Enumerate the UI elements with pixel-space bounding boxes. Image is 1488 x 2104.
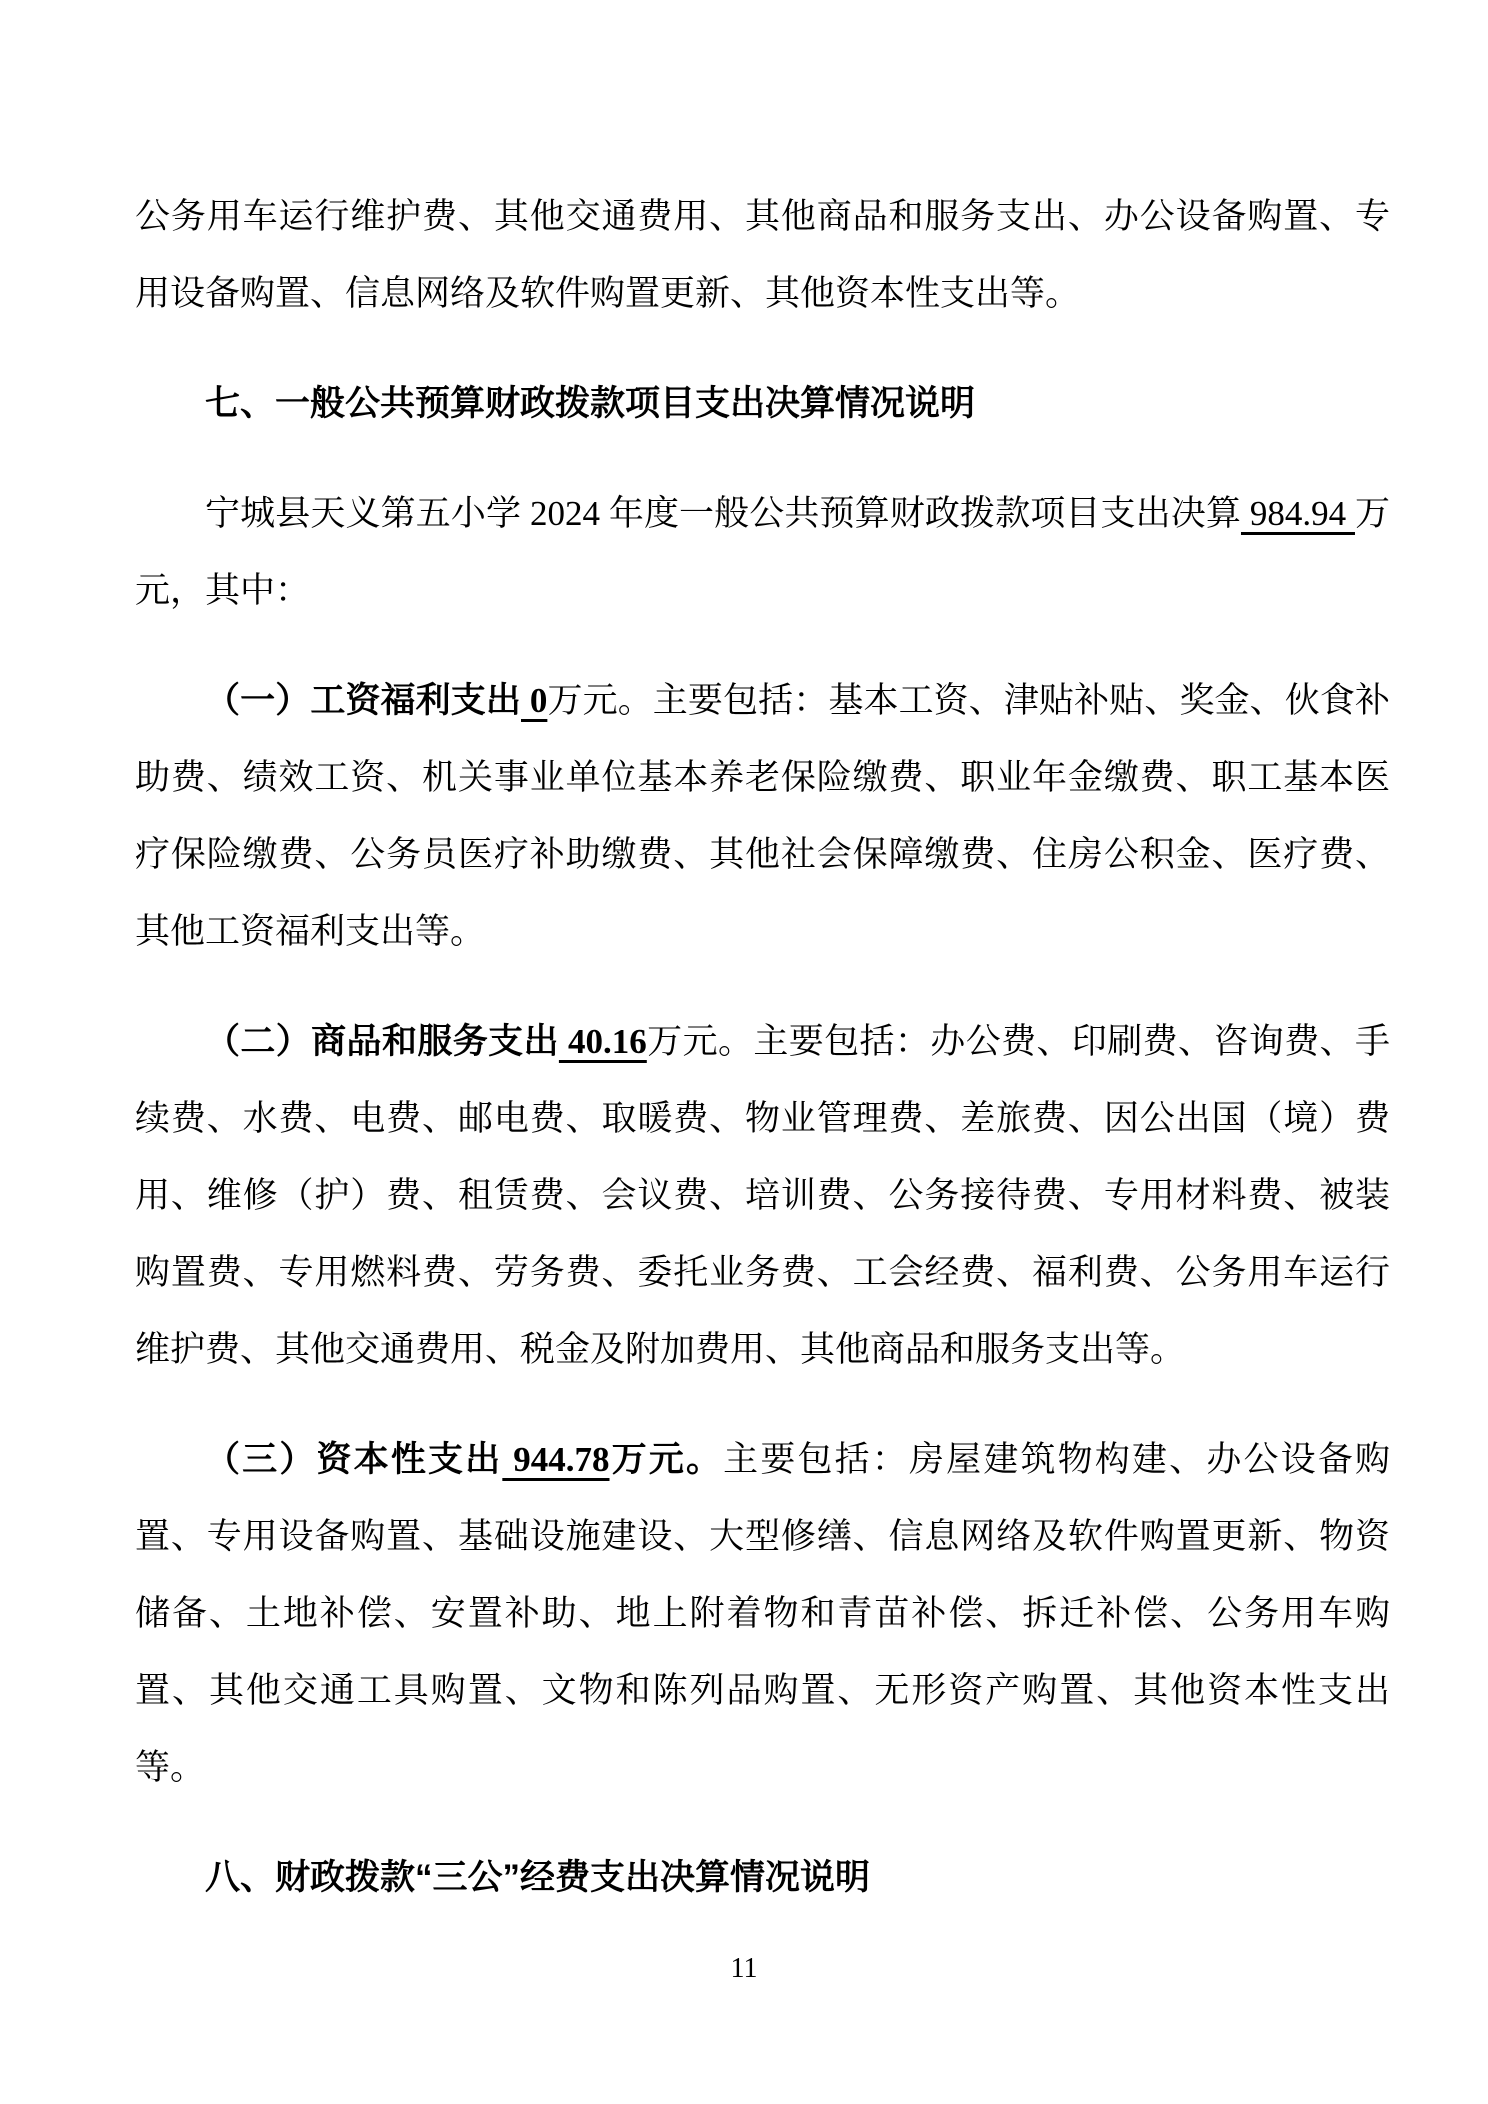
paragraph: （三）资本性支出 944.78万元。主要包括：房屋建筑物构建、办公设备购置、专用… — [135, 1421, 1390, 1806]
text-run: （三）资本性支出 — [205, 1440, 502, 1479]
text-run: 八、财政拨款“三公”经费支出决算情况说明 — [205, 1858, 870, 1897]
paragraph: （一）工资福利支出 0万元。主要包括：基本工资、津贴补贴、奖金、伙食补助费、绩效… — [135, 662, 1390, 970]
text-run: 七、一般公共预算财政拨款项目支出决算情况说明 — [205, 384, 975, 423]
paragraph: 公务用车运行维护费、其他交通费用、其他商品和服务支出、办公设备购置、专用设备购置… — [135, 178, 1390, 332]
text-run: （一）工资福利支出 — [205, 681, 521, 720]
document-page: 公务用车运行维护费、其他交通费用、其他商品和服务支出、办公设备购置、专用设备购置… — [0, 0, 1488, 2104]
text-run: 万元。 — [610, 1440, 724, 1479]
paragraph: （二）商品和服务支出 40.16万元。主要包括：办公费、印刷费、咨询费、手续费、… — [135, 1003, 1390, 1388]
page-number: 11 — [0, 1952, 1488, 1986]
section-heading: 八、财政拨款“三公”经费支出决算情况说明 — [135, 1839, 1390, 1916]
text-run: 万元。主要包括：基本工资、津贴补贴、奖金、伙食补助费、绩效工资、机关事业单位基本… — [135, 681, 1390, 951]
paragraph: 宁城县天义第五小学 2024 年度一般公共预算财政拨款项目支出决算 984.94… — [135, 475, 1390, 629]
underlined-value: 40.16 — [559, 1022, 647, 1061]
text-run: （二）商品和服务支出 — [205, 1022, 559, 1061]
underlined-value: 944.78 — [502, 1440, 609, 1479]
underlined-value: 0 — [521, 681, 547, 720]
text-run: 主要包括：房屋建筑物构建、办公设备购置、专用设备购置、基础设施建设、大型修缮、信… — [135, 1440, 1390, 1787]
text-run: 万元。主要包括：办公费、印刷费、咨询费、手续费、水费、电费、邮电费、取暖费、物业… — [135, 1022, 1390, 1369]
underlined-value: 984.94 — [1241, 494, 1355, 533]
text-run: 公务用车运行维护费、其他交通费用、其他商品和服务支出、办公设备购置、专用设备购置… — [135, 197, 1390, 313]
section-heading: 七、一般公共预算财政拨款项目支出决算情况说明 — [135, 365, 1390, 442]
document-body: 公务用车运行维护费、其他交通费用、其他商品和服务支出、办公设备购置、专用设备购置… — [135, 178, 1390, 1916]
text-run: 宁城县天义第五小学 2024 年度一般公共预算财政拨款项目支出决算 — [205, 494, 1241, 533]
